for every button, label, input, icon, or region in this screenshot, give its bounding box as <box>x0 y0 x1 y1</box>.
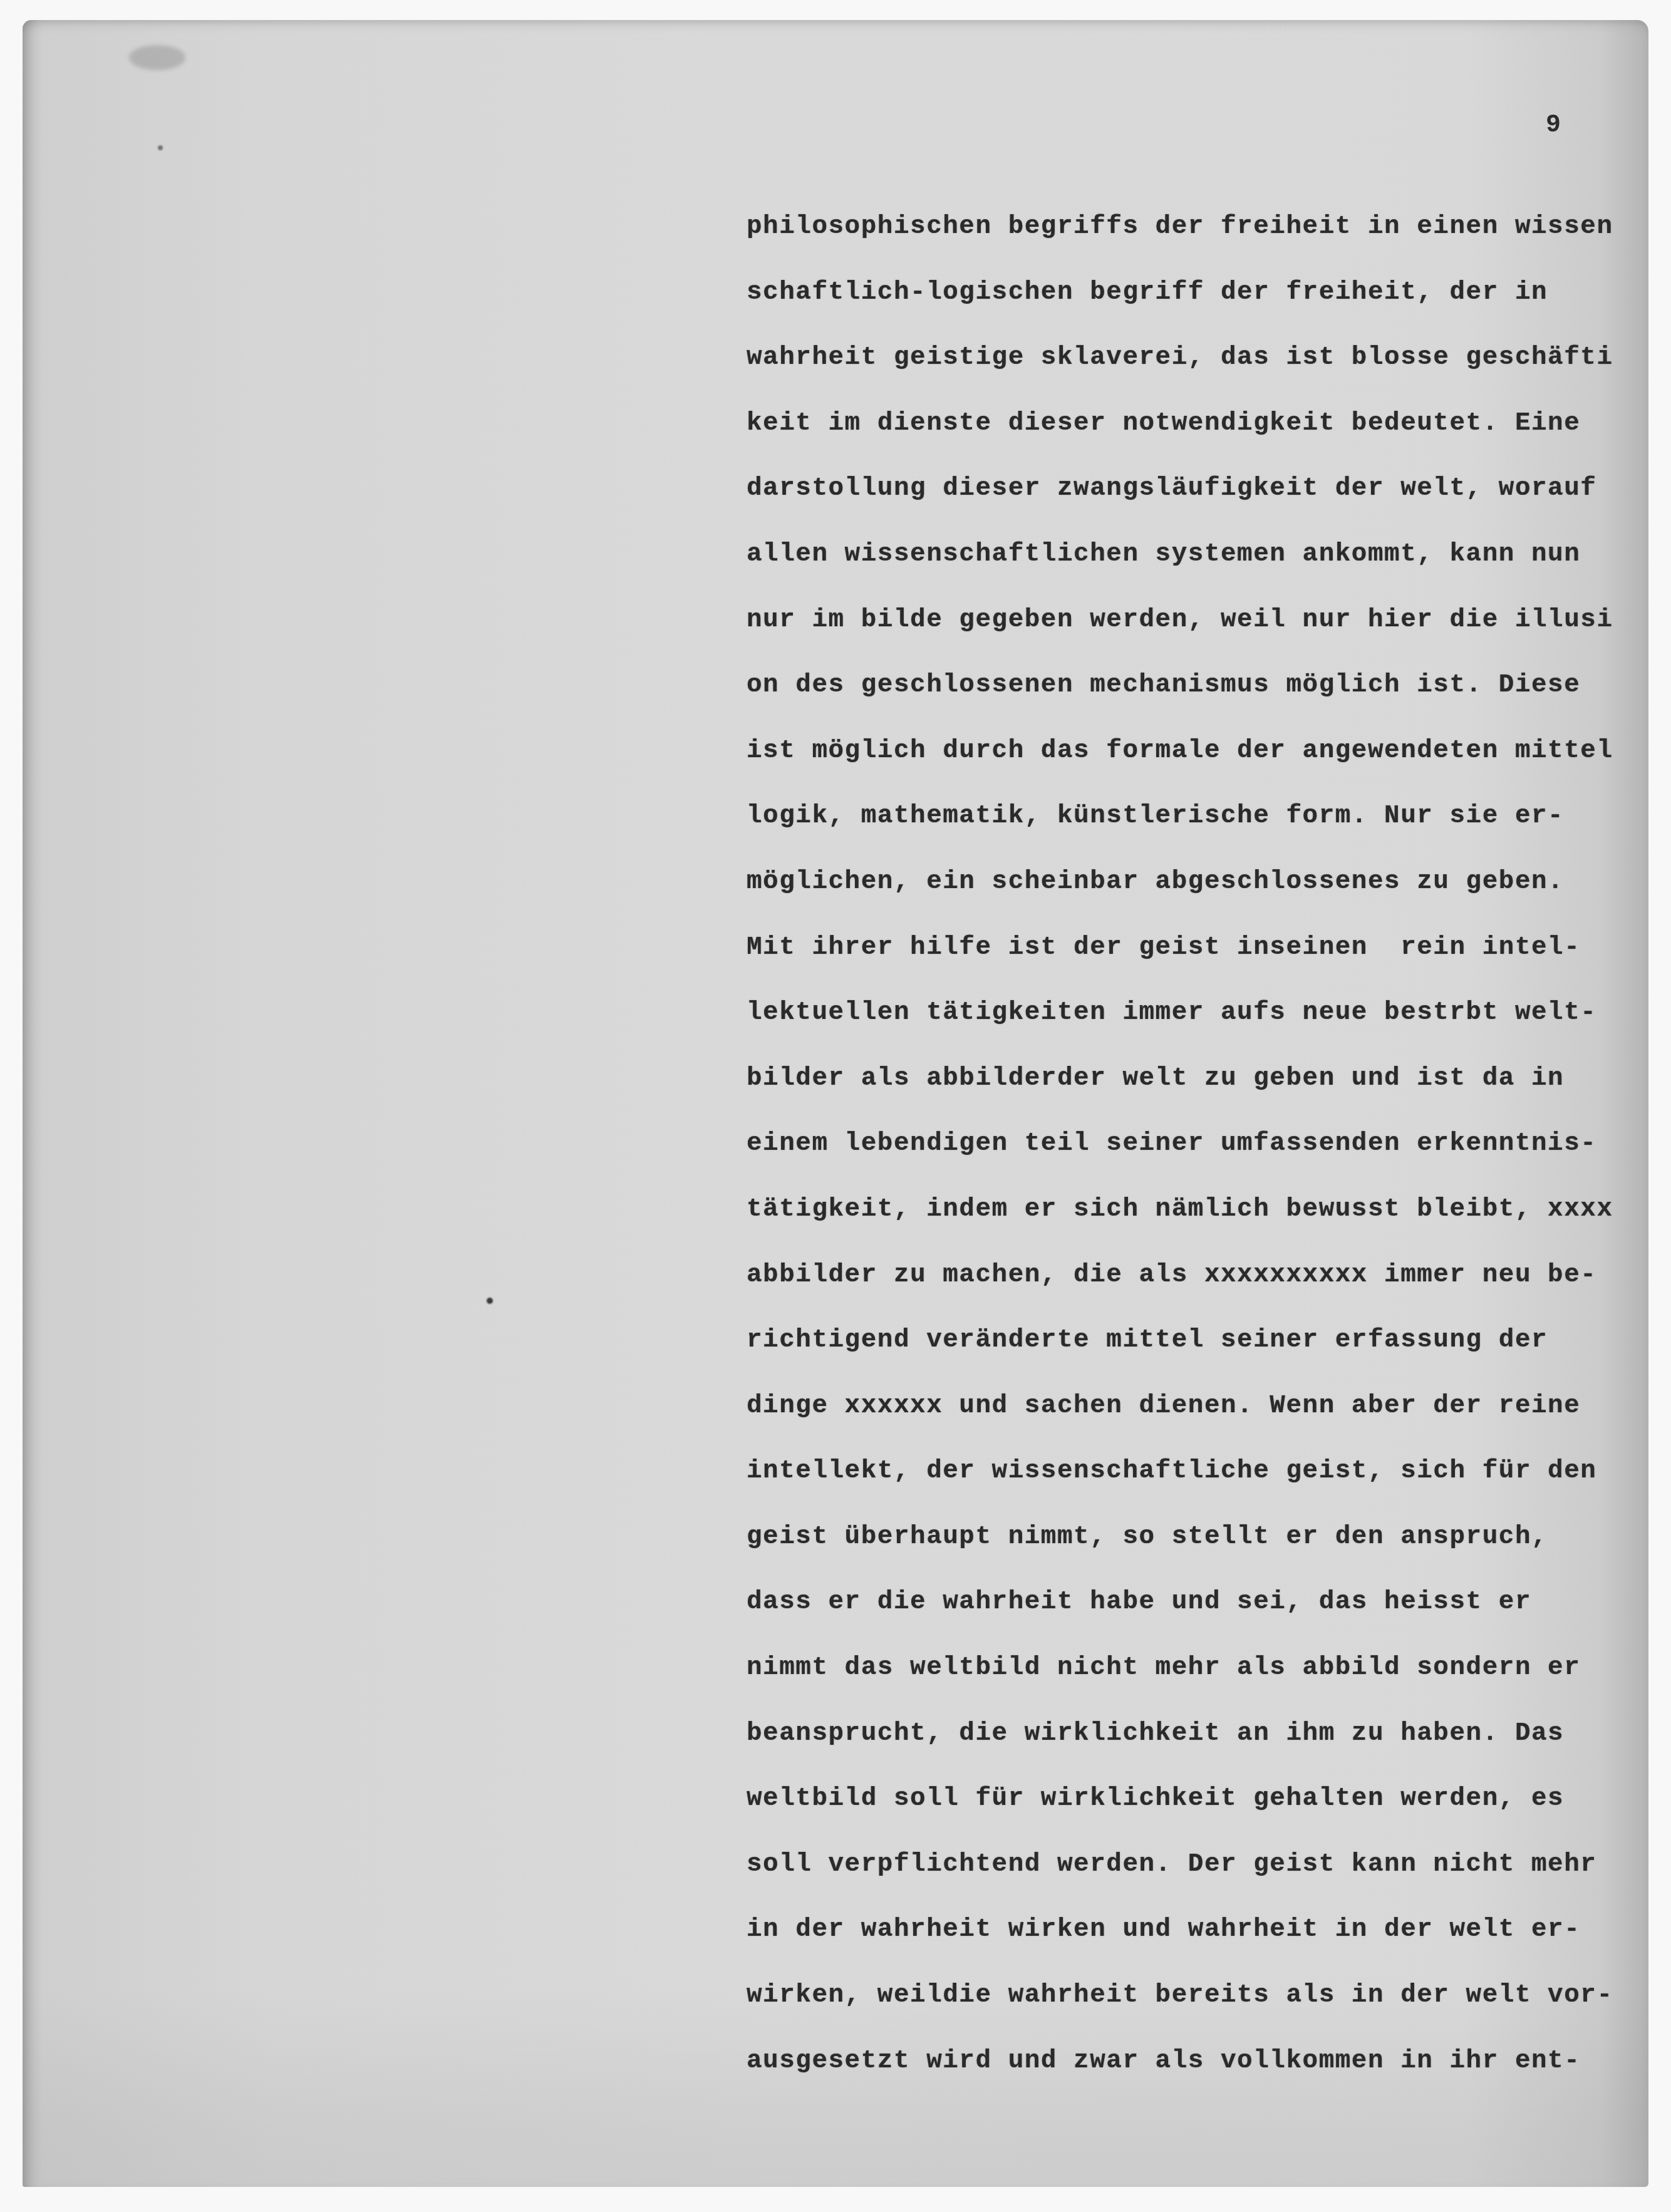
ink-speck <box>487 1298 493 1304</box>
text-line: dass er die wahrheit habe und sei, das h… <box>747 1582 1623 1648</box>
text-line: ausgesetzt wird und zwar als vollkommen … <box>747 2041 1623 2107</box>
text-line: möglichen, ein scheinbar abgeschlossenes… <box>747 862 1623 928</box>
text-line: wirken, weildie wahrheit bereits als in … <box>747 1975 1623 2041</box>
text-line: tätigkeit, indem er sich nämlich bewusst… <box>747 1189 1623 1255</box>
page-number: 9 <box>1546 111 1561 140</box>
text-line: logik, mathematik, künstlerische form. N… <box>747 796 1623 862</box>
text-line: philosophischen begriffs der freiheit in… <box>747 207 1623 272</box>
text-line: nimmt das weltbild nicht mehr als abbild… <box>747 1648 1623 1713</box>
text-line: weltbild soll für wirklichkeit gehalten … <box>747 1779 1623 1844</box>
text-line: schaftlich-logischen begriff der freihei… <box>747 272 1623 338</box>
text-line: geist überhaupt nimmt, so stellt er den … <box>747 1517 1623 1583</box>
text-line: bilder als abbilderder welt zu geben und… <box>747 1058 1623 1124</box>
paper-stain <box>129 45 185 70</box>
text-line: intellekt, der wissenschaftliche geist, … <box>747 1451 1623 1517</box>
text-line: nur im bilde gegeben werden, weil nur hi… <box>747 600 1623 666</box>
typewritten-body: philosophischen begriffs der freiheit in… <box>747 207 1623 2106</box>
text-line: dinge xxxxxx und sachen dienen. Wenn abe… <box>747 1386 1623 1452</box>
text-line: on des geschlossenen mechanismus möglich… <box>747 665 1623 731</box>
text-line: abbilder zu machen, die als xxxxxxxxxx i… <box>747 1255 1623 1321</box>
text-line: beansprucht, die wirklichkeit an ihm zu … <box>747 1713 1623 1779</box>
text-line: richtigend veränderte mittel seiner erfa… <box>747 1320 1623 1386</box>
text-line: Mit ihrer hilfe ist der geist inseinen r… <box>747 928 1623 993</box>
text-line: darstollung dieser zwangsläufigkeit der … <box>747 468 1623 534</box>
text-line: ist möglich durch das formale der angewe… <box>747 731 1623 797</box>
text-line: wahrheit geistige sklaverei, das ist blo… <box>747 338 1623 403</box>
text-line: lektuellen tätigkeiten immer aufs neue b… <box>747 993 1623 1058</box>
text-line: allen wissenschaftlichen systemen ankomm… <box>747 534 1623 600</box>
text-line: soll verpflichtend werden. Der geist kan… <box>747 1844 1623 1910</box>
text-line: keit im dienste dieser notwendigkeit bed… <box>747 403 1623 469</box>
text-line: einem lebendigen teil seiner umfassenden… <box>747 1124 1623 1189</box>
text-line: in der wahrheit wirken und wahrheit in d… <box>747 1910 1623 1975</box>
ink-speck <box>158 145 163 150</box>
